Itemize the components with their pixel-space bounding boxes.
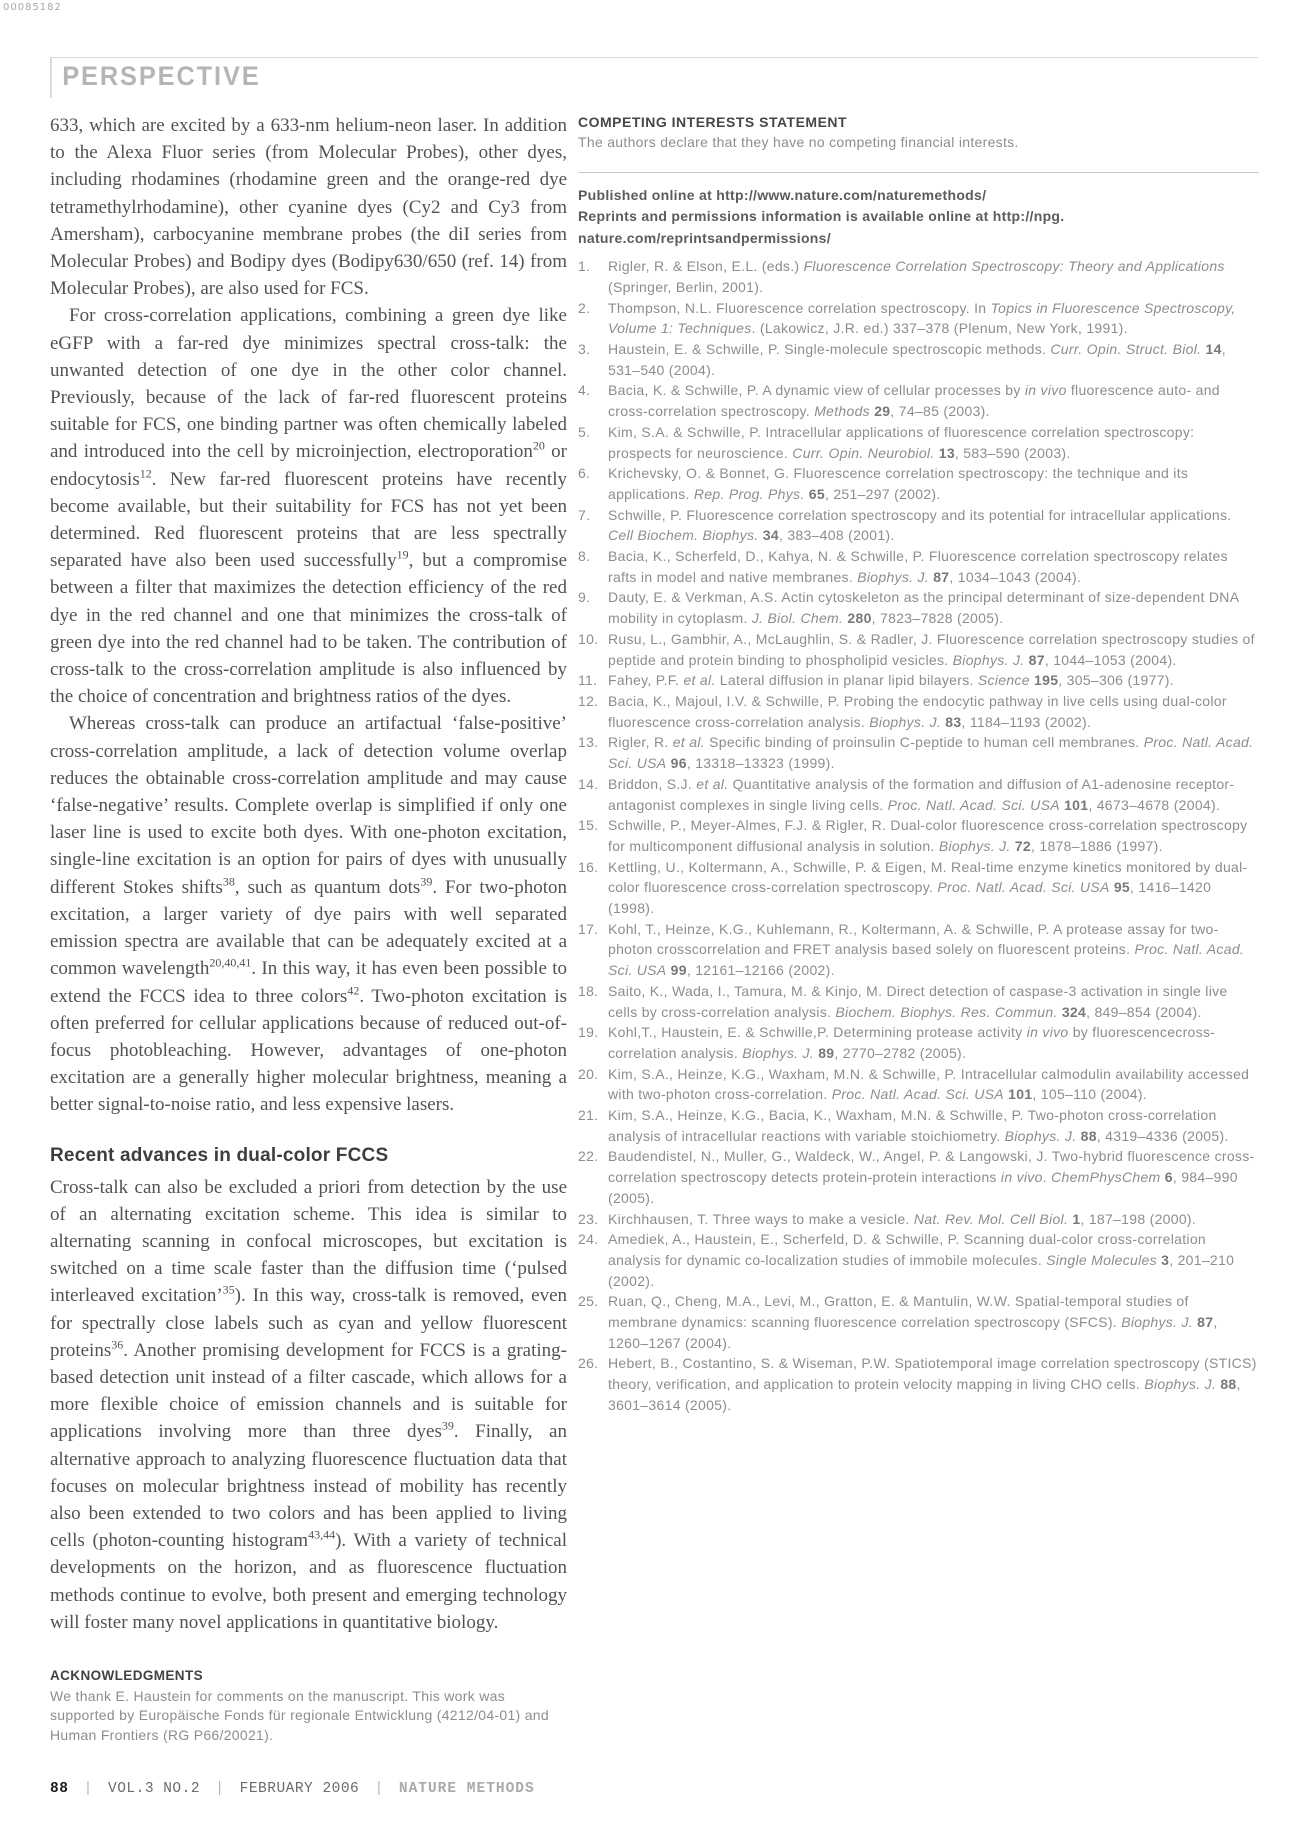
reference-item: 26.Hebert, B., Costantino, S. & Wiseman,…	[578, 1353, 1259, 1415]
reference-number: 19.	[578, 1022, 608, 1063]
reference-number: 14.	[578, 774, 608, 815]
page-footer: 88 | VOL.3 NO.2 | FEBRUARY 2006 | NATURE…	[50, 1781, 535, 1797]
section-heading: Recent advances in dual-color FCCS	[50, 1145, 567, 1167]
reference-text: Haustein, E. & Schwille, P. Single-molec…	[608, 339, 1259, 380]
references-column: COMPETING INTERESTS STATEMENT The author…	[578, 114, 1259, 1416]
competing-interests-heading: COMPETING INTERESTS STATEMENT	[578, 114, 1259, 130]
reference-item: 13.Rigler, R. et al. Specific binding of…	[578, 732, 1259, 773]
reference-item: 23.Kirchhausen, T. Three ways to make a …	[578, 1209, 1259, 1230]
reference-text: Baudendistel, N., Muller, G., Waldeck, W…	[608, 1146, 1259, 1208]
published-online-line: Reprints and permissions information is …	[578, 206, 1259, 227]
reference-number: 26.	[578, 1353, 608, 1415]
reference-number: 6.	[578, 463, 608, 504]
reference-text: Kirchhausen, T. Three ways to make a ves…	[608, 1209, 1259, 1230]
acknowledgments-text: We thank E. Haustein for comments on the…	[50, 1687, 567, 1746]
reference-text: Saito, K., Wada, I., Tamura, M. & Kinjo,…	[608, 981, 1259, 1022]
reference-number: 24.	[578, 1229, 608, 1291]
reference-text: Kim, S.A., Heinze, K.G., Bacia, K., Waxh…	[608, 1105, 1259, 1146]
reference-text: Bacia, K., Scherfeld, D., Kahya, N. & Sc…	[608, 546, 1259, 587]
issue-date: FEBRUARY 2006	[240, 1781, 360, 1797]
competing-interests-text: The authors declare that they have no co…	[578, 134, 1259, 150]
volume-issue: VOL.3 NO.2	[108, 1781, 200, 1797]
reference-number: 8.	[578, 546, 608, 587]
reference-item: 15.Schwille, P., Meyer-Almes, F.J. & Rig…	[578, 815, 1259, 856]
reference-number: 23.	[578, 1209, 608, 1230]
published-online-block: Published online at http://www.nature.co…	[578, 185, 1259, 249]
journal-page: { "page": { "corner_mark": "00085182", "…	[0, 0, 1305, 1834]
published-online-line: nature.com/reprintsandpermissions/	[578, 228, 1259, 249]
reference-item: 14.Briddon, S.J. et al. Quantitative ana…	[578, 774, 1259, 815]
reference-item: 24.Amediek, A., Haustein, E., Scherfeld,…	[578, 1229, 1259, 1291]
page-number: 88	[50, 1781, 68, 1797]
reference-item: 12.Bacia, K., Majoul, I.V. & Schwille, P…	[578, 691, 1259, 732]
footer-separator: |	[209, 1781, 230, 1797]
reference-text: Fahey, P.F. et al. Lateral diffusion in …	[608, 670, 1259, 691]
kicker-band: PERSPECTIVE	[50, 57, 1258, 98]
reference-item: 5.Kim, S.A. & Schwille, P. Intracellular…	[578, 422, 1259, 463]
section-divider	[578, 172, 1259, 173]
reference-item: 17.Kohl, T., Heinze, K.G., Kuhlemann, R.…	[578, 919, 1259, 981]
footer-separator: |	[78, 1781, 99, 1797]
reference-number: 7.	[578, 505, 608, 546]
footer-separator: |	[368, 1781, 389, 1797]
reference-number: 11.	[578, 670, 608, 691]
reference-number: 16.	[578, 857, 608, 919]
reference-item: 2.Thompson, N.L. Fluorescence correlatio…	[578, 298, 1259, 339]
reference-item: 4.Bacia, K. & Schwille, P. A dynamic vie…	[578, 380, 1259, 421]
reference-item: 25.Ruan, Q., Cheng, M.A., Levi, M., Grat…	[578, 1291, 1259, 1353]
reference-list: 1.Rigler, R. & Elson, E.L. (eds.) Fluore…	[578, 256, 1259, 1415]
reference-number: 22.	[578, 1146, 608, 1208]
reference-number: 10.	[578, 629, 608, 670]
reference-item: 8.Bacia, K., Scherfeld, D., Kahya, N. & …	[578, 546, 1259, 587]
reference-number: 5.	[578, 422, 608, 463]
reference-item: 16.Kettling, U., Koltermann, A., Schwill…	[578, 857, 1259, 919]
reference-text: Bacia, K., Majoul, I.V. & Schwille, P. P…	[608, 691, 1259, 732]
reference-item: 18.Saito, K., Wada, I., Tamura, M. & Kin…	[578, 981, 1259, 1022]
scan-id: 00085182	[3, 2, 62, 13]
reference-text: Amediek, A., Haustein, E., Scherfeld, D.…	[608, 1229, 1259, 1291]
reference-text: Rusu, L., Gambhir, A., McLaughlin, S. & …	[608, 629, 1259, 670]
reference-number: 18.	[578, 981, 608, 1022]
reference-text: Thompson, N.L. Fluorescence correlation …	[608, 298, 1259, 339]
reference-number: 4.	[578, 380, 608, 421]
reference-text: Bacia, K. & Schwille, P. A dynamic view …	[608, 380, 1259, 421]
reference-item: 20.Kim, S.A., Heinze, K.G., Waxham, M.N.…	[578, 1064, 1259, 1105]
reference-number: 20.	[578, 1064, 608, 1105]
reference-number: 13.	[578, 732, 608, 773]
reference-item: 19.Kohl,T., Haustein, E. & Schwille,P. D…	[578, 1022, 1259, 1063]
journal-brand: NATURE METHODS	[399, 1781, 535, 1797]
reference-text: Kim, S.A., Heinze, K.G., Waxham, M.N. & …	[608, 1064, 1259, 1105]
reference-number: 21.	[578, 1105, 608, 1146]
reference-number: 25.	[578, 1291, 608, 1353]
reference-number: 17.	[578, 919, 608, 981]
reference-number: 3.	[578, 339, 608, 380]
reference-item: 11.Fahey, P.F. et al. Lateral diffusion …	[578, 670, 1259, 691]
reference-number: 15.	[578, 815, 608, 856]
page-kicker: PERSPECTIVE	[50, 58, 1186, 98]
body-paragraph: Cross-talk can also be excluded a priori…	[50, 1174, 567, 1636]
body-paragraph: For cross-correlation applications, comb…	[50, 302, 567, 710]
reference-item: 10.Rusu, L., Gambhir, A., McLaughlin, S.…	[578, 629, 1259, 670]
reference-text: Rigler, R. & Elson, E.L. (eds.) Fluoresc…	[608, 256, 1259, 297]
article-body: 633, which are excited by a 633-nm heliu…	[50, 112, 567, 1636]
reference-text: Briddon, S.J. et al. Quantitative analys…	[608, 774, 1259, 815]
reference-item: 6.Krichevsky, O. & Bonnet, G. Fluorescen…	[578, 463, 1259, 504]
reference-text: Schwille, P., Meyer-Almes, F.J. & Rigler…	[608, 815, 1259, 856]
reference-number: 2.	[578, 298, 608, 339]
reference-text: Kohl, T., Heinze, K.G., Kuhlemann, R., K…	[608, 919, 1259, 981]
acknowledgments-heading: ACKNOWLEDGMENTS	[50, 1668, 567, 1683]
published-online-line: Published online at http://www.nature.co…	[578, 185, 1259, 206]
reference-text: Kettling, U., Koltermann, A., Schwille, …	[608, 857, 1259, 919]
reference-number: 9.	[578, 587, 608, 628]
article-column: 633, which are excited by a 633-nm heliu…	[50, 112, 567, 1745]
reference-text: Hebert, B., Costantino, S. & Wiseman, P.…	[608, 1353, 1259, 1415]
reference-text: Krichevsky, O. & Bonnet, G. Fluorescence…	[608, 463, 1259, 504]
reference-item: 3.Haustein, E. & Schwille, P. Single-mol…	[578, 339, 1259, 380]
reference-item: 7.Schwille, P. Fluorescence correlation …	[578, 505, 1259, 546]
reference-text: Ruan, Q., Cheng, M.A., Levi, M., Gratton…	[608, 1291, 1259, 1353]
reference-item: 1.Rigler, R. & Elson, E.L. (eds.) Fluore…	[578, 256, 1259, 297]
reference-number: 12.	[578, 691, 608, 732]
reference-text: Rigler, R. et al. Specific binding of pr…	[608, 732, 1259, 773]
reference-item: 21.Kim, S.A., Heinze, K.G., Bacia, K., W…	[578, 1105, 1259, 1146]
reference-text: Kim, S.A. & Schwille, P. Intracellular a…	[608, 422, 1259, 463]
reference-text: Kohl,T., Haustein, E. & Schwille,P. Dete…	[608, 1022, 1259, 1063]
body-paragraph: 633, which are excited by a 633-nm heliu…	[50, 112, 567, 302]
reference-text: Schwille, P. Fluorescence correlation sp…	[608, 505, 1259, 546]
reference-item: 9.Dauty, E. & Verkman, A.S. Actin cytosk…	[578, 587, 1259, 628]
body-paragraph: Whereas cross-talk can produce an artifa…	[50, 710, 567, 1118]
reference-text: Dauty, E. & Verkman, A.S. Actin cytoskel…	[608, 587, 1259, 628]
reference-number: 1.	[578, 256, 608, 297]
reference-item: 22.Baudendistel, N., Muller, G., Waldeck…	[578, 1146, 1259, 1208]
